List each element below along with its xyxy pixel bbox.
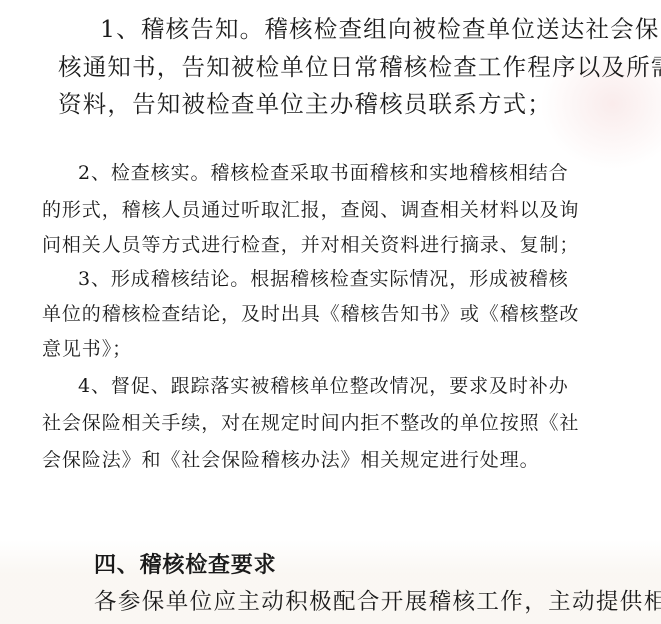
item-4-line-3: 会保险法》和《社会保险稽核办法》相关规定进行处理。 <box>42 451 540 470</box>
item-1-line-2: 核通知书，告知被检单位日常稽核检查工作程序以及所需要的 <box>58 56 661 80</box>
item-4-line-2: 社会保险相关手续，对在规定时间内拒不整改的单位按照《社 <box>42 414 579 433</box>
item-3-line-1: 3、形成稽核结论。根据稽核检查实际情况，形成被稽核 <box>78 270 569 289</box>
item-2-line-3: 问相关人员等方式进行检查，并对相关资料进行摘录、复制； <box>42 236 579 255</box>
section-heading: 四、稽核检查要求 <box>94 555 276 577</box>
item-3-line-3: 意见书》； <box>42 340 132 359</box>
item-1-line-1: 1、稽核告知。稽核检查组向被检查单位送达社会保险稽 <box>100 18 661 42</box>
item-3-line-2: 单位的稽核检查结论，及时出具《稽核告知书》或《稽核整改 <box>42 305 579 324</box>
item-1-line-3: 资料，告知被检查单位主办稽核员联系方式； <box>58 93 552 117</box>
document-page: 1、稽核告知。稽核检查组向被检查单位送达社会保险稽 核通知书，告知被检单位日常稽… <box>0 0 661 624</box>
item-2-line-2: 的形式，稽核人员通过听取汇报，查阅、调查相关材料以及询 <box>42 201 579 220</box>
item-4-line-1: 4、督促、跟踪落实被稽核单位整改情况，要求及时补办 <box>78 377 569 396</box>
closing-line: 各参保单位应主动积极配合开展稽核工作，主动提供相关 <box>94 591 661 614</box>
item-2-line-1: 2、检查核实。稽核检查采取书面稽核和实地稽核相结合 <box>78 164 569 183</box>
